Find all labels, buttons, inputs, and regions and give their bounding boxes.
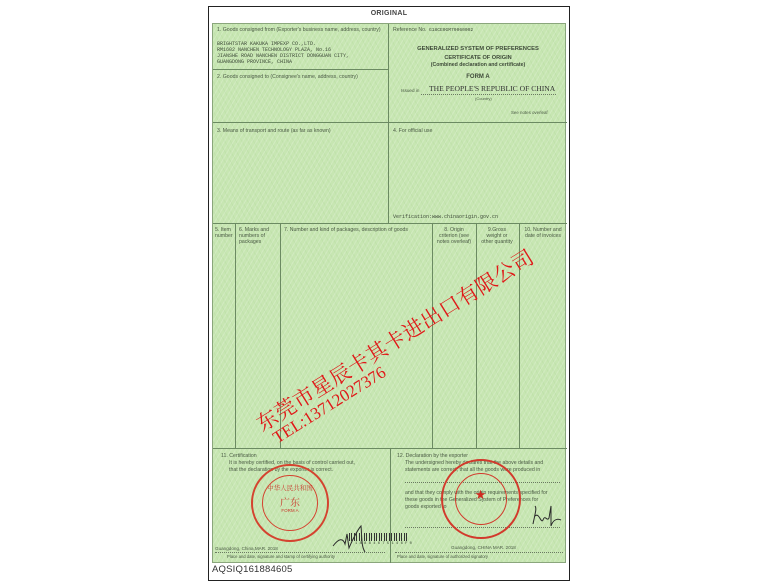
box-1-label: 1. Goods consigned from (Exporter's busi… (217, 27, 387, 33)
heading-line-3: (Combined declaration and certificate) (389, 62, 567, 68)
box-3-transport: 3. Means of transport and route (as far … (213, 123, 389, 224)
issued-in-country: THE PEOPLE'S REPUBLIC OF CHINA (429, 85, 555, 93)
column-6-label: 6. Marks and numbers of packages (239, 227, 273, 246)
box-12-label: 12. Declaration by the exporter (397, 453, 468, 459)
column-9-label: 9.Gross weight or other quantity (480, 227, 514, 246)
form-a-title: FORM A (389, 74, 567, 80)
stamp-center-text: 广东 (253, 494, 327, 509)
box-11-caption: Place and date, signature and stamp of c… (227, 554, 335, 560)
column-item-number: 5. Item number (213, 224, 236, 449)
box-12-place-date: Guangdong, CHINA MAR. 2018 (451, 545, 516, 551)
certificate-paper: 1. Goods consigned from (Exporter's busi… (212, 23, 566, 563)
consignor-line-4: GUANGDONG PROVINCE, CHINA (217, 59, 292, 66)
country-caption: (Country) (475, 96, 492, 102)
reference-number: G18CE0GM70060002 (429, 28, 473, 35)
exporter-signature (529, 502, 563, 530)
box-12-text-5: goods exported to (405, 504, 447, 510)
exporter-stamp-star: ★ (443, 487, 518, 503)
issued-in-line (421, 94, 556, 95)
heading-line-2: CERTIFICATE OF ORIGIN (389, 55, 567, 61)
column-8-label: 8. Origin criterion (see notes overleaf) (436, 227, 472, 246)
reference-label: Reference No. (393, 27, 426, 33)
column-origin-criterion: 8. Origin criterion (see notes overleaf) (433, 224, 477, 449)
box-11-label: 11. Certification (221, 453, 257, 459)
column-10-label: 10. Number and date of invoices (523, 227, 563, 239)
issued-in-label: Issued in (401, 88, 419, 94)
heading-line-1: GENERALIZED SYSTEM OF PREFERENCES (389, 46, 567, 52)
certificate-header: Reference No. G18CE0GM70060002 GENERALIZ… (389, 24, 567, 123)
box-2-consignee: 2. Goods consigned to (Consignee's name,… (213, 70, 389, 123)
box-1-consignor: 1. Goods consigned from (Exporter's busi… (213, 24, 389, 70)
verification-url: Verification:www.chinaorigin.gov.cn (393, 214, 498, 221)
box-12-caption: Place and date, signature of authorized … (397, 554, 488, 560)
box-4-label: 4. For official use (393, 128, 432, 134)
stamp-form-text: FORM A (253, 508, 327, 513)
stamp-top-text: 中华人民共和国 (253, 483, 327, 492)
certifying-authority-stamp: 中华人民共和国 广东 FORM A (251, 464, 329, 542)
see-notes: See notes overleaf (511, 110, 548, 116)
aqsiq-code: AQSIQ161884605 (212, 564, 292, 575)
box-12-signature-line (395, 552, 563, 553)
box-4-official-use: 4. For official use Verification:www.chi… (389, 123, 567, 224)
barcode (349, 533, 409, 541)
original-label: ORIGINAL (208, 10, 570, 17)
barcode-digits: 1 8 8 8 4 6 7 5 1 4 6 F 0 (355, 541, 412, 548)
column-5-label: 5. Item number (215, 227, 235, 239)
box-2-label: 2. Goods consigned to (Consignee's name,… (217, 74, 358, 80)
column-7-label: 7. Number and kind of packages, descript… (284, 227, 434, 233)
exporter-company-stamp: ★ (441, 459, 521, 539)
box-3-label: 3. Means of transport and route (as far … (217, 128, 331, 134)
